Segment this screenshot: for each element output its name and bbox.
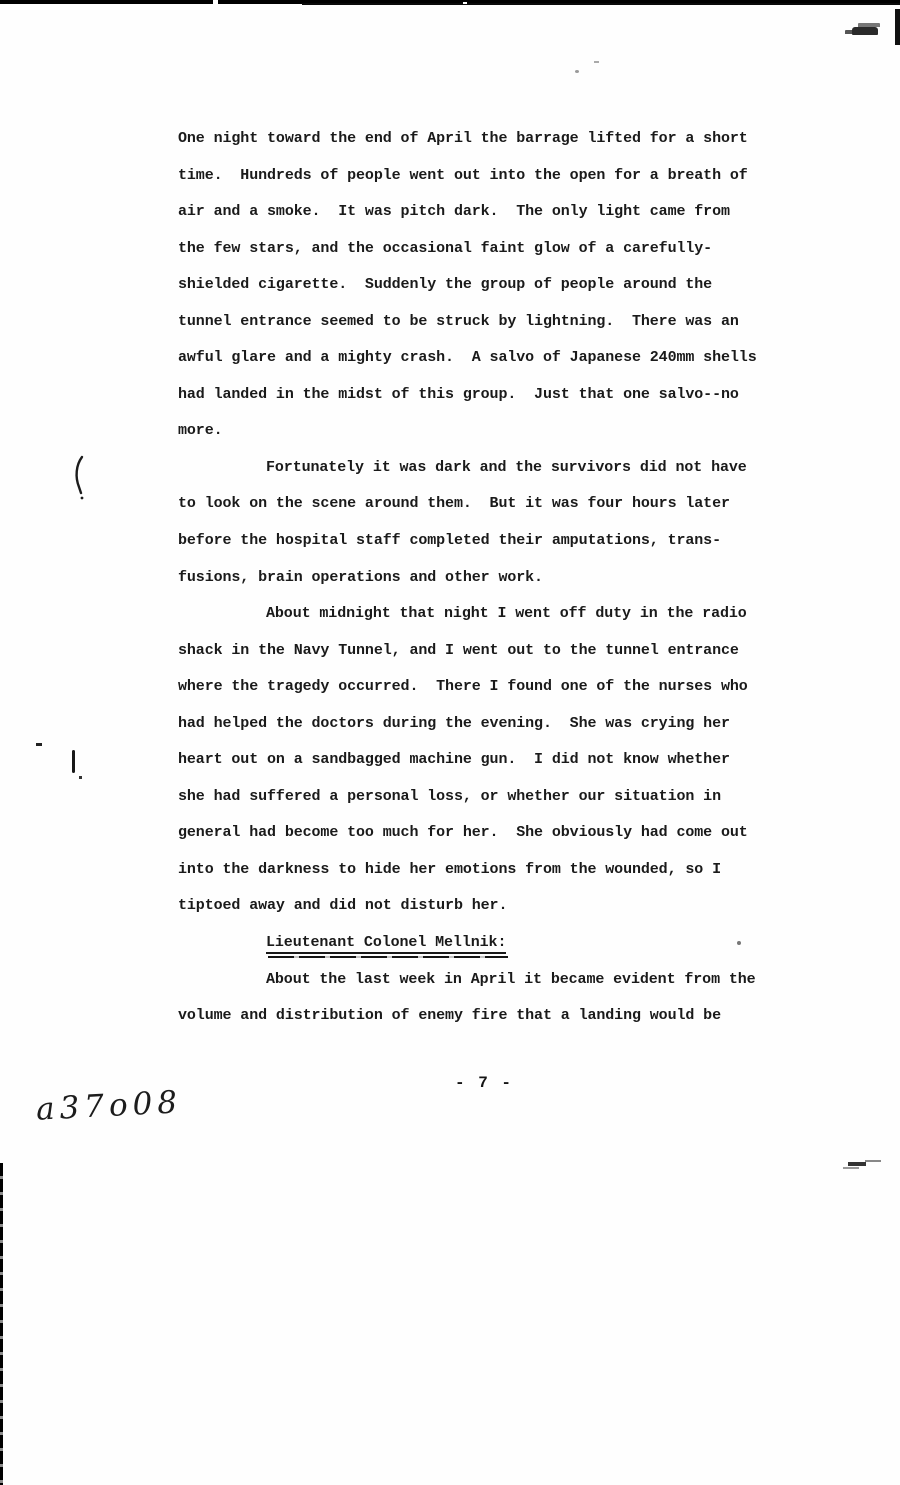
text-line: shielded cigarette. Suddenly the group o…	[178, 267, 798, 304]
text-line: general had become too much for her. She…	[178, 815, 798, 852]
text-line: tunnel entrance seemed to be struck by l…	[178, 304, 798, 341]
text-line: tiptoed away and did not disturb her.	[178, 888, 798, 925]
scan-speck	[594, 61, 599, 63]
text-line: shack in the Navy Tunnel, and I went out…	[178, 633, 798, 670]
scan-artifact-top-edge-thick	[302, 3, 900, 5]
text-line: heart out on a sandbagged machine gun. I…	[178, 742, 798, 779]
scan-artifact-left-edge-line	[0, 1163, 3, 1485]
margin-tick-dot	[79, 776, 82, 779]
text-line: awful glare and a mighty crash. A salvo …	[178, 340, 798, 377]
scan-speck	[575, 70, 579, 73]
text-line: more.	[178, 413, 798, 450]
text-line: had landed in the midst of this group. J…	[178, 377, 798, 414]
scan-artifact-bottom-right-smudge	[848, 1162, 866, 1166]
text-line: where the tragedy occurred. There I foun…	[178, 669, 798, 706]
section-heading: Lieutenant Colonel Mellnik:	[178, 925, 798, 962]
text-line: had helped the doctors during the evenin…	[178, 706, 798, 743]
text-line: One night toward the end of April the ba…	[178, 121, 798, 158]
text-line: air and a smoke. It was pitch dark. The …	[178, 194, 798, 231]
text-line: into the darkness to hide her emotions f…	[178, 852, 798, 889]
text-line: to look on the scene around them. But it…	[178, 486, 798, 523]
text-line: time. Hundreds of people went out into t…	[178, 158, 798, 195]
text-line: before the hospital staff completed thei…	[178, 523, 798, 560]
text-line: About midnight that night I went off dut…	[178, 596, 798, 633]
margin-dash-mark	[36, 743, 42, 746]
scan-artifact-corner-smudge	[852, 27, 878, 35]
page-number: - 7 -	[455, 1074, 513, 1092]
scan-artifact-top-gap	[213, 0, 218, 4]
margin-check-mark	[70, 453, 90, 507]
margin-tick-mark	[72, 750, 75, 773]
document-body: One night toward the end of April the ba…	[178, 121, 798, 1035]
text-line: fusions, brain operations and other work…	[178, 560, 798, 597]
text-line: she had suffered a personal loss, or whe…	[178, 779, 798, 816]
handwritten-note: a37o08	[35, 1084, 183, 1128]
scan-artifact-right-edge-mark	[895, 9, 900, 45]
section-heading-text: Lieutenant Colonel Mellnik:	[266, 935, 506, 954]
text-line: About the last week in April it became e…	[178, 962, 798, 999]
text-line: the few stars, and the occasional faint …	[178, 231, 798, 268]
scan-artifact-top-gap	[463, 2, 467, 4]
text-line: volume and distribution of enemy fire th…	[178, 998, 798, 1035]
text-line: Fortunately it was dark and the survivor…	[178, 450, 798, 487]
scanned-page: One night toward the end of April the ba…	[0, 0, 900, 1485]
